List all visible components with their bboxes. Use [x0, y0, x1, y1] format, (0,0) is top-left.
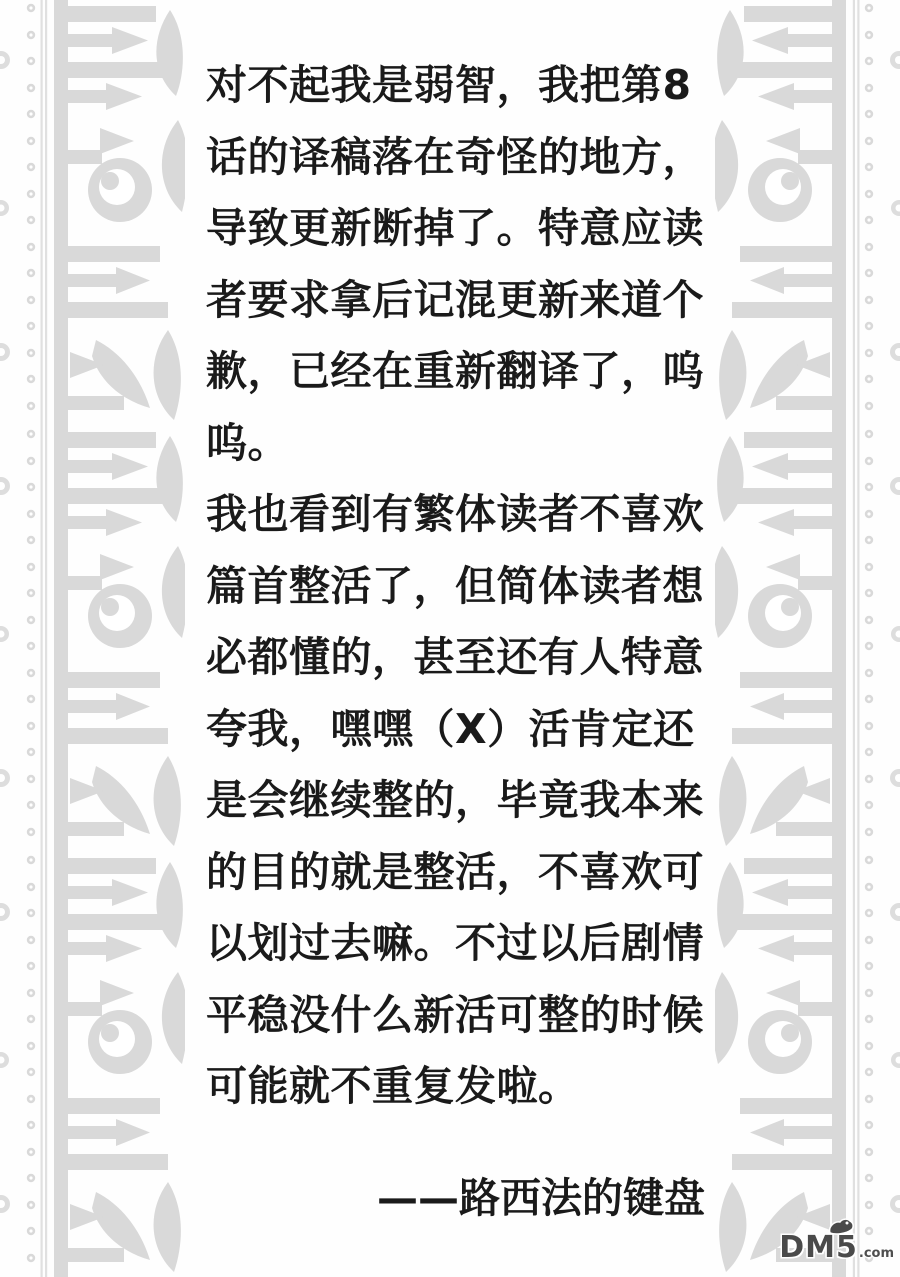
- ornamental-border-left: [0, 0, 185, 1277]
- dm5-watermark-brand: DM5: [779, 1230, 858, 1265]
- translator-note-body: 对不起我是弱智，我把第8 话的译稿落在奇怪的地方， 导致更新断掉了。特意应读 者…: [206, 50, 706, 1123]
- translator-signature: ——路西法的键盘: [206, 1176, 705, 1220]
- dm5-mascot-icon: [826, 1217, 856, 1235]
- translator-note-page: 对不起我是弱智，我把第8 话的译稿落在奇怪的地方， 导致更新断掉了。特意应读 者…: [0, 0, 900, 1277]
- dm5-watermark-suffix: .com: [859, 1246, 894, 1261]
- ornamental-border-right: [715, 0, 900, 1277]
- dm5-watermark: DM5 .com: [779, 1230, 894, 1265]
